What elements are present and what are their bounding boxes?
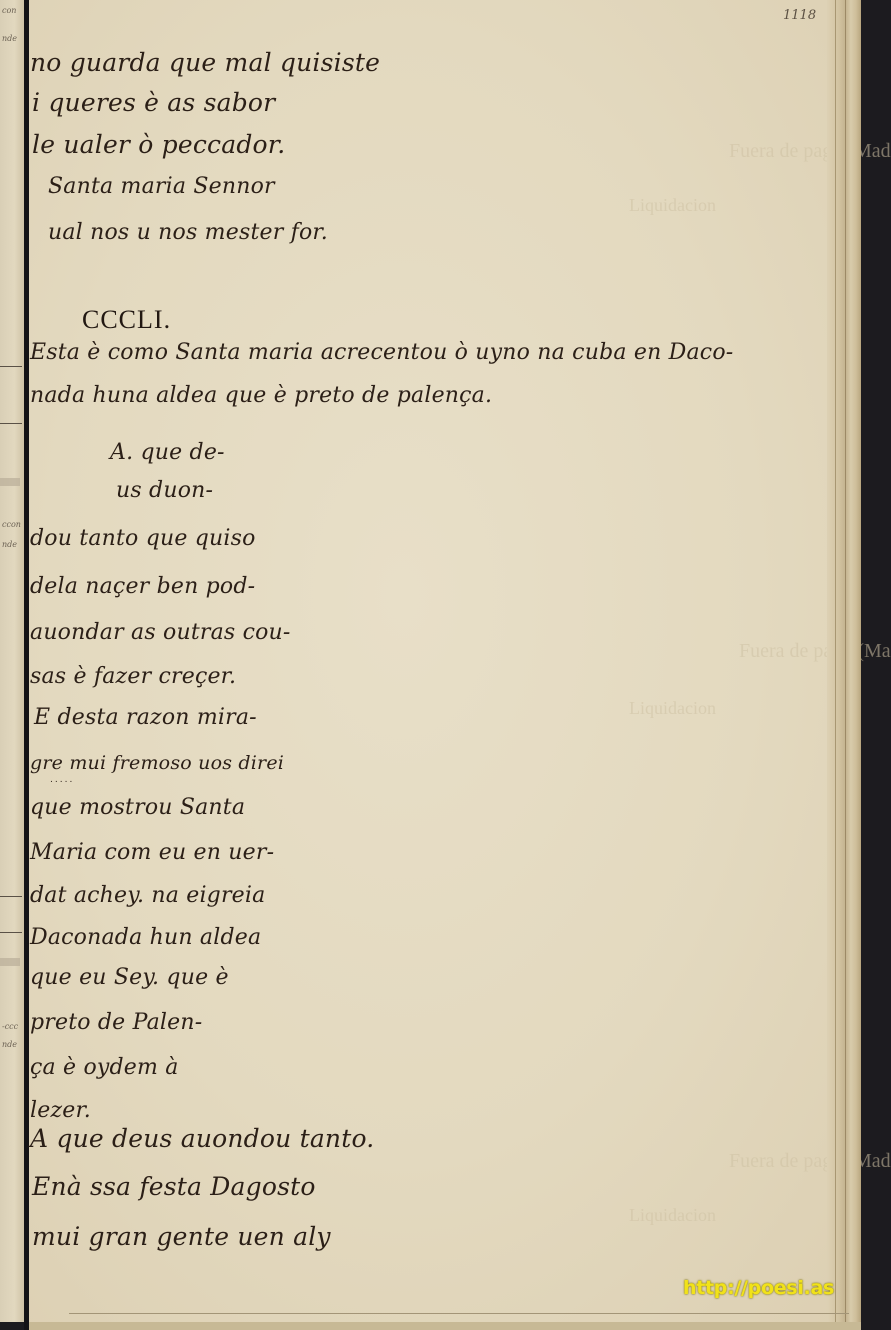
deletion-dots: ..... <box>50 775 74 785</box>
bleed-through-text: Fuera de pago (Madrid) <box>739 640 891 663</box>
margin-smudge <box>0 958 20 966</box>
bleed-through-text: Liquidacion <box>629 1205 716 1226</box>
verse-line: Daconada hun aldea <box>30 925 261 950</box>
verse-line: sas è fazer creçer. <box>30 664 236 689</box>
margin-smudge <box>0 478 20 486</box>
poem-line: le ualer ò peccador. <box>32 130 285 159</box>
verse-line: us duon- <box>116 478 213 503</box>
manuscript-scan: con nde ccon nde -ccc nde Fuera de pago … <box>0 0 891 1330</box>
bottom-rule <box>69 1313 849 1314</box>
margin-note: -ccc <box>2 1022 18 1032</box>
verse-line: mui gran gente uen aly <box>32 1222 331 1251</box>
margin-rule <box>0 366 22 367</box>
left-facing-page: con nde ccon nde -ccc nde <box>0 0 24 1322</box>
margin-note: ccon <box>2 520 21 530</box>
watermark-link[interactable]: http://poesi.as <box>683 1277 834 1299</box>
poem-line: ual nos u nos mester for. <box>48 220 328 245</box>
verse-line: preto de Palen- <box>30 1010 202 1035</box>
margin-rule <box>0 932 22 933</box>
verse-line: que eu Sey. que è <box>30 965 229 990</box>
verse-line: dela naçer ben pod- <box>30 574 255 599</box>
margin-rule <box>0 896 22 897</box>
bleed-through-text: Liquidacion <box>629 698 716 719</box>
verse-line: E desta razon mira- <box>34 705 257 730</box>
verse-line: A. que de- <box>110 440 225 465</box>
bleed-through-text: Liquidacion <box>629 195 716 216</box>
verse-line: gre mui fremoso uos direi <box>30 752 284 774</box>
rubric-line: Esta è como Santa maria acrecentou ò uyn… <box>30 340 733 365</box>
poem-line: no guarda que mal quisiste <box>30 48 380 77</box>
verse-line: lezer. <box>30 1098 91 1123</box>
verse-line: A que deus auondou tanto. <box>30 1124 374 1153</box>
page-edges <box>827 0 861 1322</box>
rubric-line: nada huna aldea que è preto de palença. <box>30 383 492 408</box>
verse-line: auondar as outras cou- <box>30 620 291 645</box>
margin-note: nde <box>2 1040 17 1050</box>
bleed-through-text: Fuera de pago (Madrid) <box>729 1150 891 1173</box>
cantiga-number: CCCLI. <box>82 305 171 335</box>
verse-line: dat achey. na eigreia <box>30 883 265 908</box>
poem-line: i queres è as sabor <box>32 88 275 117</box>
verse-line: dou tanto que quiso <box>30 526 256 551</box>
folio-number: 1118 <box>783 8 816 23</box>
page-bottom-edge <box>29 1322 861 1330</box>
margin-note: con <box>2 6 16 16</box>
verse-line: ça è oydem à <box>30 1055 179 1080</box>
poem-line: Santa maria Sennor <box>48 174 275 199</box>
verse-line: Maria com eu en uer- <box>30 840 274 865</box>
verse-line: Enà ssa festa Dagosto <box>32 1172 316 1201</box>
margin-note: nde <box>2 34 17 44</box>
bleed-through-text: Fuera de pago (Madrid) <box>729 140 891 163</box>
margin-rule <box>0 423 22 424</box>
margin-note: nde <box>2 540 17 550</box>
verse-line: que mostrou Santa <box>30 795 245 820</box>
